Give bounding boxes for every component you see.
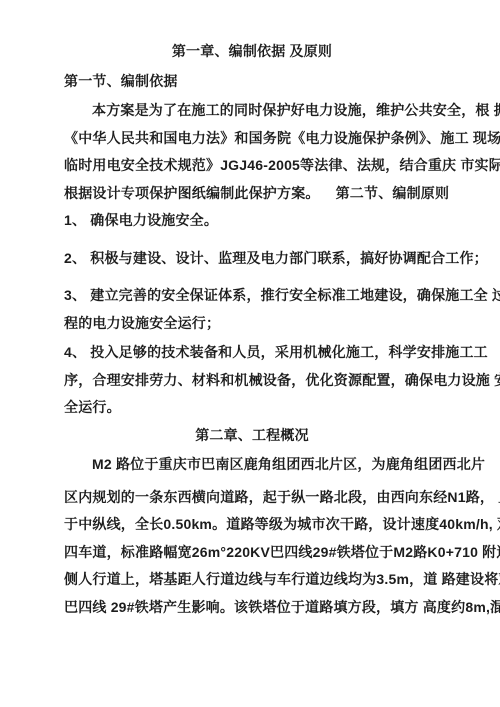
principle-line: 程的电力设施安全运行；: [64, 310, 440, 338]
overview-line: 于中纵线，全长0.50km。道路等级为城市次干路，设计速度40km/h, 双向: [64, 511, 440, 539]
intro-line: 临时用电安全技术规范》JGJ46-2005等法律、法规，结合重庆 市实际，: [64, 152, 440, 180]
principle-line: 2、 积极与建设、设计、监理及电力部门联系，搞好协调配合工作；: [64, 245, 440, 273]
overview-line: 巴四线 29#铁塔产生影响。该铁塔位于道路填方段，填方 高度约8m,混: [64, 594, 440, 622]
principle-line: 3、 建立完善的安全保证体系，推行安全标准工地建设，确保施工全 过: [64, 282, 440, 310]
overview-intro-line: M2 路位于重庆市巴南区鹿角组团西北片区，为鹿角组团西北片: [64, 451, 440, 479]
principle-line: 序，合理安排劳力、材料和机械设备，优化资源配置，确保电力设施 安: [64, 367, 440, 395]
section1-title: 第一节、编制依据: [64, 68, 440, 96]
principle-item-4: 4、 投入足够的技术装备和人员，采用机械化施工，科学安排施工工 序，合理安排劳力…: [64, 339, 440, 422]
principle-line: 全运行。: [64, 394, 440, 422]
intro-line-text: 根据设计专项保护图纸编制此保护方案。: [64, 185, 320, 201]
overview-line: 侧人行道上，塔基距人行道边线与车行道边线均为3.5m，道 路建设将对: [64, 566, 440, 594]
principle-item-3: 3、 建立完善的安全保证体系，推行安全标准工地建设，确保施工全 过 程的电力设施…: [64, 282, 440, 337]
overview-line: 区内规划的一条东西横向道路，起于纵一路北段，由西向东经N1路， 止: [64, 484, 440, 512]
chapter1-title: 第一章、编制依据 及原则: [64, 38, 440, 66]
section2-title: 第二节、编制原则: [336, 185, 450, 201]
intro-line: 《中华人民共和国电力法》和国务院《电力设施保护条例》、施工 现场: [64, 125, 440, 153]
intro-line: 本方案是为了在施工的同时保护好电力设施，维护公共安全，根 据: [64, 97, 440, 125]
principle-item-1: 1、 确保电力设施安全。: [64, 207, 440, 235]
chapter2-title: 第二章、工程概况: [64, 422, 440, 450]
principle-item-2: 2、 积极与建设、设计、监理及电力部门联系，搞好协调配合工作；: [64, 245, 440, 273]
principle-line: 4、 投入足够的技术装备和人员，采用机械化施工，科学安排施工工: [64, 339, 440, 367]
principle-line: 1、 确保电力设施安全。: [64, 207, 440, 235]
intro-paragraph: 本方案是为了在施工的同时保护好电力设施，维护公共安全，根 据 《中华人民共和国电…: [64, 97, 440, 207]
overview-line: 四车道，标准路幅宽26m°220KV巴四线29#铁塔位于M2路K0+710 附近…: [64, 539, 440, 567]
intro-line-with-heading: 根据设计专项保护图纸编制此保护方案。第二节、编制原则: [64, 180, 440, 208]
document-page: 第一章、编制依据 及原则 第一节、编制依据 本方案是为了在施工的同时保护好电力设…: [0, 0, 500, 707]
overview-paragraph: 区内规划的一条东西横向道路，起于纵一路北段，由西向东经N1路， 止 于中纵线，全…: [64, 484, 440, 622]
